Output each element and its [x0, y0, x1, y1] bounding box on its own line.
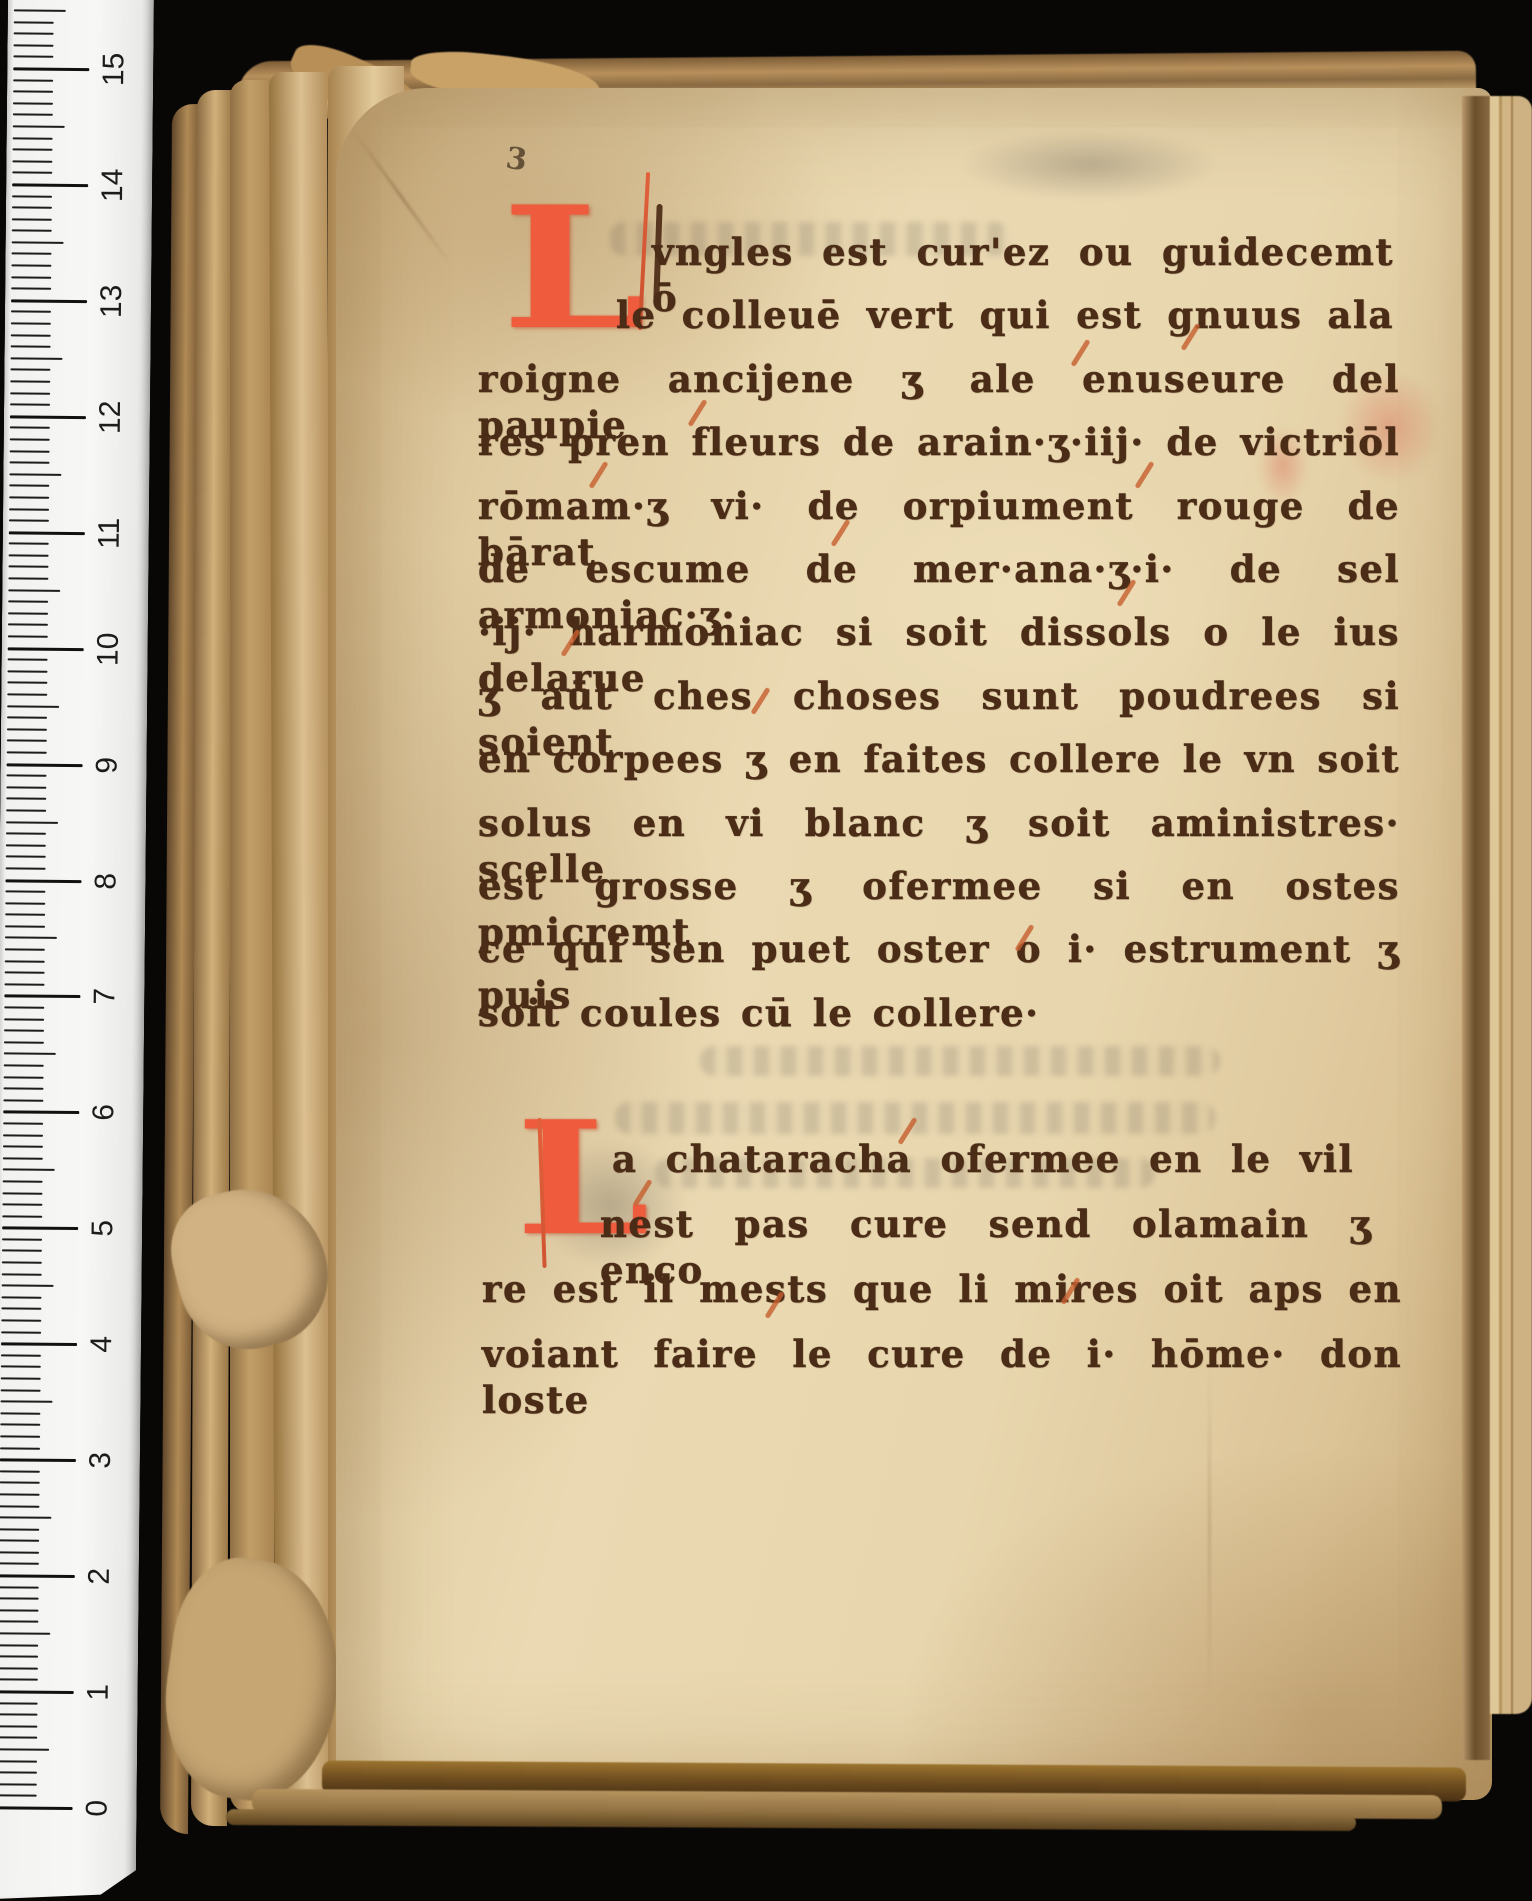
ruler-mm-tick [9, 508, 49, 510]
manuscript-text-line: en corpees ʒ en faites collere le vn soi… [478, 736, 1400, 782]
ruler-cm-tick [8, 647, 84, 651]
ruler-label: 11 [92, 510, 128, 556]
ruler-cm-tick [4, 995, 80, 999]
ruler-mm-tick [6, 809, 46, 811]
ruler-mm-tick [8, 659, 48, 661]
ruler-mm-tick [0, 1644, 38, 1646]
ruler-label: 6 [86, 1089, 122, 1135]
ruler-label: 2 [82, 1553, 118, 1599]
ruler-cm-tick [0, 1690, 74, 1694]
ruler-mm-tick [9, 554, 49, 556]
show-through-text [700, 1046, 1220, 1076]
ruler-mm-tick [6, 798, 46, 800]
ruler-cm-tick [7, 763, 83, 767]
ruler-cm-tick [11, 299, 87, 303]
ruler-mm-tick [3, 1134, 43, 1136]
ruler-mm-tick [0, 1586, 39, 1588]
ruler-mm-tick [0, 1447, 40, 1449]
ruler-mm-tick [3, 1088, 43, 1090]
ruler-mm-tick [12, 230, 52, 232]
ruler-label: 12 [93, 394, 129, 440]
ruler-mm-tick [13, 125, 65, 127]
ruler-mm-tick [12, 172, 52, 174]
ruler-mm-tick [7, 717, 47, 719]
ruler-mm-tick [0, 1667, 38, 1669]
ruler-cm-tick [5, 879, 81, 883]
ruler-mm-tick [12, 195, 52, 197]
ruler-label: 14 [95, 162, 131, 208]
ruler-mm-tick [0, 1505, 39, 1507]
ruler-cm-tick [0, 1458, 76, 1462]
ruler-mm-tick [5, 948, 45, 950]
manuscript-photo: 1514131211109876543210 3 L L vngles est … [0, 0, 1532, 1901]
ruler-mm-tick [4, 1006, 44, 1008]
ruler-mm-tick [2, 1285, 54, 1287]
ruler-mm-tick [0, 1516, 51, 1518]
ruler-mm-tick [14, 21, 54, 23]
ruler-label: 9 [89, 742, 125, 788]
ruler-mm-tick [8, 601, 48, 603]
ruler-label: 8 [88, 858, 124, 904]
ruler-mm-tick [10, 450, 50, 452]
ruler-mm-tick [0, 1795, 37, 1797]
ruler-mm-tick [11, 253, 51, 255]
ruler-mm-tick [0, 1493, 40, 1495]
ruler-mm-tick [0, 1737, 37, 1739]
manuscript-text-line: voiant faire le cure de i· hōme· don los… [482, 1331, 1402, 1423]
ruler-mm-tick [5, 937, 57, 939]
ruler-cm-tick [1, 1343, 77, 1347]
ruler-mm-tick [1, 1296, 41, 1298]
manuscript-text-line: re est il mests que li mires oit aps en [482, 1266, 1402, 1312]
ruler-mm-tick [6, 786, 46, 788]
ruler-cm-tick [0, 1574, 75, 1578]
ruler-mm-tick [1, 1389, 41, 1391]
ruler-mm-tick [5, 902, 45, 904]
ruler-mm-tick [1, 1331, 41, 1333]
ruler-mm-tick [11, 322, 51, 324]
page-stack-left-edge-4 [269, 72, 333, 1798]
ruler-label: 7 [87, 974, 123, 1020]
manuscript-text-line: soit coules cū le collere· [478, 990, 1400, 1036]
ruler-mm-tick [0, 1632, 50, 1634]
ruler-mm-tick [7, 682, 47, 684]
ruler-mm-tick [3, 1180, 43, 1182]
ruler-mm-tick [8, 589, 60, 591]
ruler-mm-tick [10, 427, 50, 429]
ruler-mm-tick [0, 1470, 40, 1472]
ruler-mm-tick [10, 357, 62, 359]
ruler-mm-tick [10, 404, 50, 406]
ruler-mm-tick [2, 1203, 42, 1205]
ruler-label: 5 [85, 1205, 121, 1251]
ruler-mm-tick [10, 392, 50, 394]
ruler-mm-tick [11, 311, 51, 313]
ruler-mm-tick [0, 1725, 37, 1727]
ruler-mm-tick [12, 218, 52, 220]
ruler-mm-tick [9, 473, 61, 475]
ruler-mm-tick [13, 91, 53, 93]
ruler-mm-tick [2, 1215, 42, 1217]
ruler-mm-tick [12, 241, 64, 243]
ruler-mm-tick [3, 1099, 43, 1101]
ruler-mm-tick [14, 9, 66, 11]
ruler-mm-tick [9, 462, 49, 464]
ruler-mm-tick [5, 890, 45, 892]
ruler-mm-tick [7, 740, 47, 742]
ruler-mm-tick [9, 543, 49, 545]
ruler-mm-tick [0, 1621, 38, 1623]
ruler-label: 0 [79, 1785, 115, 1831]
ruler-mm-tick [0, 1412, 40, 1414]
ruler-mm-tick [6, 821, 58, 823]
ruler-mm-tick [7, 751, 47, 753]
next-page-fore-edge [1490, 96, 1532, 1714]
ruler-cm-tick [3, 1111, 79, 1115]
ruler-mm-tick [1, 1354, 41, 1356]
manuscript-text-line: le colleuē vert qui est gnuus ala [616, 292, 1394, 338]
ruler-mm-tick [8, 566, 48, 568]
ruler-mm-tick [13, 114, 53, 116]
ruler-label: 10 [90, 626, 126, 672]
ruler-mm-tick [8, 612, 48, 614]
ruler-label: 3 [83, 1437, 119, 1483]
ruler-mm-tick [10, 369, 50, 371]
ruler-mm-tick [12, 160, 52, 162]
ruler-mm-tick [2, 1273, 42, 1275]
ruler-mm-tick [4, 1018, 44, 1020]
ruler-mm-tick [0, 1424, 40, 1426]
ruler-mm-tick [4, 1076, 44, 1078]
ruler-mm-tick [11, 334, 51, 336]
ruler-mm-tick [4, 1041, 44, 1043]
ruler-cm-tick [0, 1806, 73, 1810]
ruler-mm-tick [10, 380, 50, 382]
ruler-label: 13 [94, 278, 130, 324]
ruler-mm-tick [9, 519, 49, 521]
ruler-mm-tick [2, 1261, 42, 1263]
ruler-label: 15 [96, 46, 132, 92]
ruler-mm-tick [0, 1551, 39, 1553]
ruler-mm-tick [0, 1748, 49, 1750]
ruler-mm-tick [8, 635, 48, 637]
ruler-mm-tick [3, 1157, 43, 1159]
ruler-mm-tick [2, 1250, 42, 1252]
ruler-mm-tick [11, 288, 51, 290]
ruler-mm-tick [11, 264, 51, 266]
gutter-groove [1462, 96, 1490, 1760]
ruler-mm-tick [6, 844, 46, 846]
measuring-ruler: 1514131211109876543210 [0, 0, 154, 1901]
ruler-mm-tick [7, 728, 47, 730]
ruler-mm-tick [5, 960, 45, 962]
ruler-mm-tick [0, 1435, 40, 1437]
ruler-mm-tick [13, 44, 53, 46]
ruler-mm-tick [1, 1366, 41, 1368]
ruler-mm-tick [1, 1319, 41, 1321]
ruler-mm-tick [8, 577, 48, 579]
ruler-cm-tick [2, 1227, 78, 1231]
ruler-mm-tick [6, 867, 46, 869]
ruler-mm-tick [10, 438, 50, 440]
ruler-mm-tick [1, 1308, 41, 1310]
ruler-mm-tick [3, 1169, 55, 1171]
ruler-mm-tick [0, 1598, 39, 1600]
ruler-mm-tick [0, 1609, 38, 1611]
ruler-cm-tick [12, 183, 88, 187]
ruler-mm-tick [0, 1760, 37, 1762]
ruler-mm-tick [3, 1122, 43, 1124]
ruler-mm-tick [7, 693, 47, 695]
page-stack-left-edge-3 [230, 80, 274, 1812]
ruler-mm-tick [0, 1482, 40, 1484]
ruler-mm-tick [0, 1783, 37, 1785]
ruler-mm-tick [12, 149, 52, 151]
ruler-mm-tick [5, 972, 45, 974]
ruler-mm-tick [0, 1679, 38, 1681]
ruler-mm-tick [0, 1714, 37, 1716]
ruler-mm-tick [11, 276, 51, 278]
ruler-mm-tick [9, 485, 49, 487]
ruler-mm-tick [8, 624, 48, 626]
ruler-cm-tick [13, 67, 89, 71]
ruler-mm-tick [6, 856, 46, 858]
ruler-mm-tick [0, 1771, 37, 1773]
manuscript-text-line: a chataracha ofermee en le vil [612, 1136, 1354, 1182]
ruler-mm-tick [4, 1053, 56, 1055]
ink-blotch [960, 130, 1220, 200]
ruler-mm-tick [0, 1528, 39, 1530]
ruler-mm-tick [6, 832, 46, 834]
ruler-mm-tick [11, 346, 51, 348]
ruler-mm-tick [2, 1192, 42, 1194]
ruler-mm-tick [13, 56, 53, 58]
ruler-cm-tick [9, 531, 85, 535]
ruler-mm-tick [0, 1563, 39, 1565]
ruler-mm-tick [5, 914, 45, 916]
ruler-mm-tick [7, 670, 47, 672]
ruler-mm-tick [14, 33, 54, 35]
ruler-cm-tick [10, 415, 86, 419]
ruler-mm-tick [12, 206, 52, 208]
ruler-mm-tick [2, 1238, 42, 1240]
ruler-mm-tick [0, 1540, 39, 1542]
ruler-mm-tick [6, 775, 46, 777]
ruler-mm-tick [9, 496, 49, 498]
ruler-mm-tick [0, 1656, 38, 1658]
ruler-mm-tick [0, 1702, 38, 1704]
ruler-mm-tick [13, 79, 53, 81]
ruler-mm-tick [4, 1030, 44, 1032]
ruler-mm-tick [4, 983, 44, 985]
ruler-mm-tick [0, 1401, 52, 1403]
manuscript-text-line: res pren fleurs de arain·ʒ·iij· de victr… [478, 419, 1400, 465]
ruler-mm-tick [3, 1145, 43, 1147]
ruler-mm-tick [7, 705, 59, 707]
ruler-mm-tick [13, 102, 53, 104]
ruler-label: 4 [84, 1321, 120, 1367]
ruler-mm-tick [4, 1064, 44, 1066]
ruler-mm-tick [13, 137, 53, 139]
ruler-label: 1 [80, 1669, 116, 1715]
ruler-mm-tick [1, 1377, 41, 1379]
ruler-mm-tick [5, 925, 45, 927]
